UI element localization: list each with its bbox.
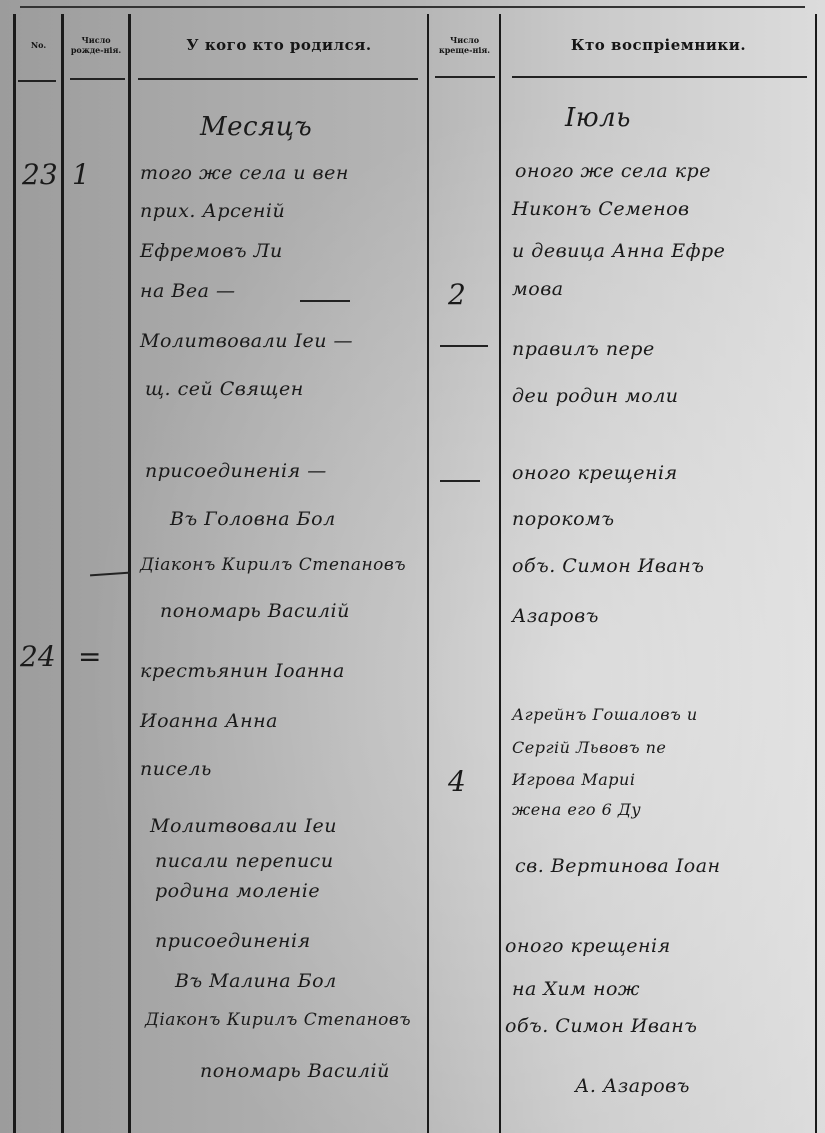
flourish-stroke (90, 572, 130, 577)
column-rule-5 (499, 14, 501, 1133)
entry-24-note-right-4: объ. Симон Иванъ (505, 1015, 697, 1037)
dash-mark (440, 345, 488, 347)
entry-23-note-left-2: щ. сей Священ (145, 378, 304, 400)
entry-24-note-left-2: писали переписи (155, 850, 334, 872)
entry-24-note-right-5: А. Азаровъ (575, 1075, 690, 1097)
entry-24-note-right-3: на Хим нож (512, 978, 640, 1000)
column-rule-4 (427, 14, 429, 1133)
column-rule-1 (13, 14, 16, 1133)
entry-23-parents-line-4: на Веа — (140, 280, 235, 302)
entry-23-note-right-1: правилъ пере (512, 338, 655, 360)
entry-24-godparents-line-2: Сергій Львовъ пе (512, 738, 666, 757)
header-no: No. (16, 14, 61, 76)
entry-24-birth-day: = (78, 640, 101, 673)
entry-24-parents-line-2: Иоанна Анна (140, 710, 278, 732)
entry-23-birth-day: 1 (72, 158, 90, 191)
header-baptism-date: Число креще-нія. (430, 14, 499, 76)
entry-23-godparents-line-3: и девица Анна Ефре (512, 240, 725, 262)
entry-23-baptism-day: 2 (448, 278, 466, 311)
register-page: No. Число рожде-нія. У кого кто родился.… (0, 0, 825, 1133)
dash-mark (300, 300, 350, 302)
entry-23-note-left-3: присоединенія — (145, 460, 327, 482)
header-underline-parents (138, 78, 418, 80)
header-parents: У кого кто родился. (131, 14, 427, 76)
entry-24-baptism-day: 4 (448, 765, 466, 798)
entry-23-note-right-3: оного крещенія (512, 462, 678, 484)
entry-24-godparents-line-1: Агрейнъ Гошаловъ и (512, 705, 698, 724)
header-underline-baptism (435, 76, 495, 78)
header-underline-no (18, 80, 56, 82)
entry-24-godparents-line-3: Игрова Мариі (512, 770, 635, 789)
month-right: Іюль (565, 103, 631, 133)
entry-24-note-right-1: св. Вертинова Іоан (515, 855, 721, 877)
entry-23-godparents-line-4: мова (512, 278, 564, 300)
entry-23-number: 23 (22, 158, 58, 191)
entry-23-note-left-5: Діаконъ Кирилъ Степановъ (140, 555, 406, 575)
entry-24-godparents-line-4: жена его 6 Ду (512, 800, 641, 819)
dash-mark (440, 480, 480, 482)
entry-24-note-left-1: Молитвовали Іеи (150, 815, 337, 837)
entry-23-note-right-6: Азаровъ (512, 605, 599, 627)
entry-23-note-left-1: Молитвовали Іеи — (140, 330, 353, 352)
entry-23-note-right-2: деи родин моли (512, 385, 679, 407)
column-rule-2 (61, 14, 64, 1133)
entry-23-godparents-line-2: Никонъ Семенов (512, 198, 690, 220)
header-birth-date: Число рожде-нія. (66, 14, 126, 76)
entry-24-note-left-4: присоединенія (155, 930, 311, 952)
entry-24-parents-line-3: писель (140, 758, 212, 780)
top-rule (20, 6, 805, 8)
entry-23-note-left-6: пономарь Василій (160, 600, 350, 622)
entry-24-note-right-2: оного крещенія (505, 935, 671, 957)
entry-24-note-left-5: Въ Малина Бол (175, 970, 337, 992)
column-rule-6 (815, 14, 817, 1133)
entry-24-note-left-3: родина моленіе (155, 880, 320, 902)
entry-23-note-right-5: объ. Симон Иванъ (512, 555, 704, 577)
entry-24-note-left-6: Діаконъ Кирилъ Степановъ (145, 1010, 411, 1030)
entry-24-number: 24 (20, 640, 56, 673)
month-left: Месяцъ (200, 112, 312, 142)
header-godparents: Кто воспріемники. (502, 14, 815, 76)
entry-23-note-right-4: порокомъ (512, 508, 614, 530)
header-underline-birth (70, 78, 125, 80)
entry-23-godparents-line-1: оного же села кре (515, 160, 711, 182)
entry-24-note-left-7: пономарь Василій (200, 1060, 390, 1082)
entry-23-note-left-4: Въ Головна Бол (170, 508, 336, 530)
entry-23-parents-line-3: Ефремовъ Ли (140, 240, 283, 262)
entry-23-parents-line-1: того же села и вен (140, 162, 349, 184)
entry-23-parents-line-2: прих. Арсеній (140, 200, 285, 222)
header-underline-godparents (512, 76, 807, 78)
entry-24-parents-line-1: крестьянин Іоанна (140, 660, 345, 682)
